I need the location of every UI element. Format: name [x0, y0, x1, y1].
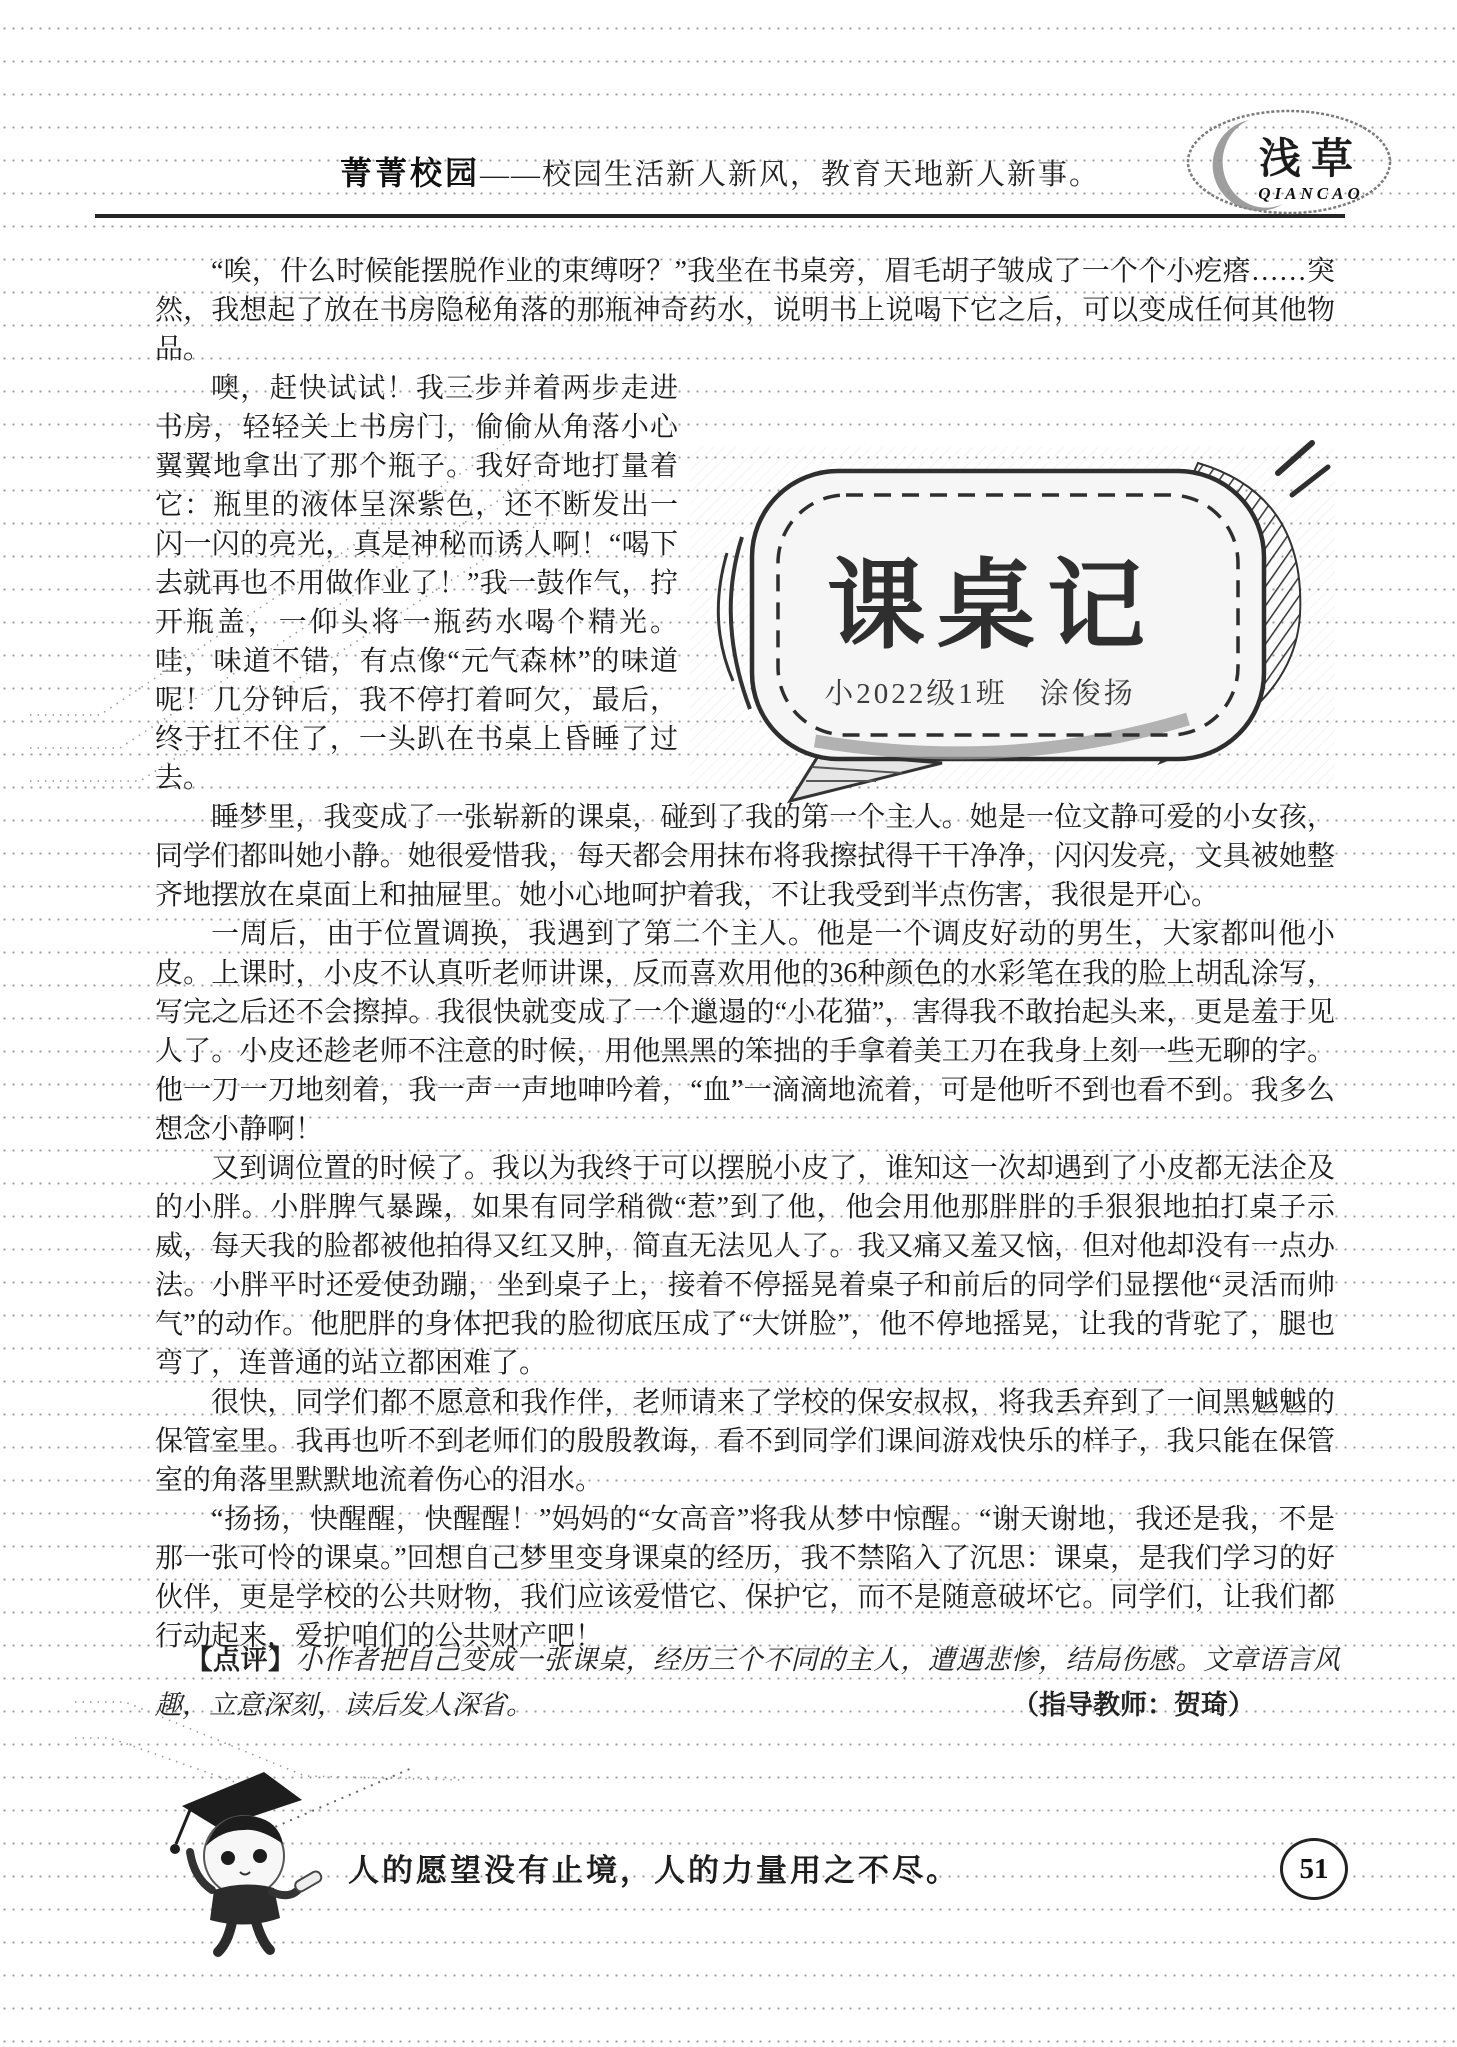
article-paragraph: “扬扬，快醒醒，快醒醒！”妈妈的“女高音”将我从梦中惊醒。“谢天谢地，我还是我，…	[155, 1500, 1335, 1656]
footer-motto: 人的愿望没有止境，人的力量用之不尽。	[348, 1845, 960, 1890]
comment-block: 【点评】小作者把自己变成一张课桌，经历三个不同的主人，遭遇悲惨，结局伤感。文章语…	[155, 1638, 1340, 1728]
motion-mark-icon	[1278, 443, 1312, 473]
bubble-left-arc	[731, 537, 750, 709]
essay-title: 课桌记	[827, 550, 1157, 660]
essay-body: “唉，什么时候能摆脱作业的束缚呀？”我坐在书桌旁，眉毛胡子皱成了一个个小疙瘩………	[155, 252, 1335, 1656]
page-number-badge: 51	[1280, 1838, 1348, 1900]
section-subtitle: ——校园生活新人新风，教育天地新人新事。	[480, 159, 1100, 191]
magazine-page: 菁菁校园——校园生活新人新风，教育天地新人新事。 浅草 QIANCAO “唉，什…	[0, 0, 1457, 2047]
essay-byline: 小2022级1班 涂俊扬	[824, 677, 1136, 710]
logo-en-text: QIANCAO	[1258, 184, 1363, 203]
article-paragraph: 睡梦里，我变成了一张崭新的课桌，碰到了我的第一个主人。她是一位文静可爱的小女孩，…	[155, 798, 1335, 915]
header-rule	[95, 214, 1345, 218]
logo-cn-text: 浅草	[1259, 136, 1363, 183]
article-paragraph: 一周后，由于位置调换，我遇到了第二个主人。他是一个调皮好动的男生，大家都叫他小皮…	[155, 915, 1335, 1149]
comment-teacher: （指导教师：贺琦）	[1012, 1683, 1255, 1728]
logo-graphic: 浅草 QIANCAO	[1183, 106, 1395, 218]
article-paragraph: 课桌记 小2022级1班 涂俊扬 噢，赶快试试！我三步并着两步走进书房，轻轻关上…	[155, 369, 1335, 798]
page-header: 菁菁校园——校园生活新人新风，教育天地新人新事。	[95, 148, 1345, 194]
article-paragraph: “唉，什么时候能摆脱作业的束缚呀？”我坐在书桌旁，眉毛胡子皱成了一个个小疙瘩………	[155, 252, 1335, 369]
motion-mark-icon	[1292, 467, 1328, 495]
article-paragraph: 很快，同学们都不愿意和我作伴，老师请来了学校的保安叔叔，将我丢弃到了一间黑魆魆的…	[155, 1383, 1335, 1500]
qiancao-logo: 浅草 QIANCAO	[1183, 106, 1395, 218]
speech-bubble-graphic: 课桌记 小2022级1班 涂俊扬	[690, 447, 1335, 787]
section-title: 菁菁校园	[340, 155, 480, 191]
article-paragraph: 又到调位置的时候了。我以为我终于可以摆脱小皮了，谁知这一次却遇到了小皮都无法企及…	[155, 1149, 1335, 1383]
paragraph-text: 噢，赶快试试！我三步并着两步走进书房，轻轻关上书房门，偷偷从角落小心翼翼地拿出了…	[155, 373, 678, 794]
page-number: 51	[1300, 1853, 1329, 1886]
comment-label: 【点评】	[185, 1645, 296, 1675]
